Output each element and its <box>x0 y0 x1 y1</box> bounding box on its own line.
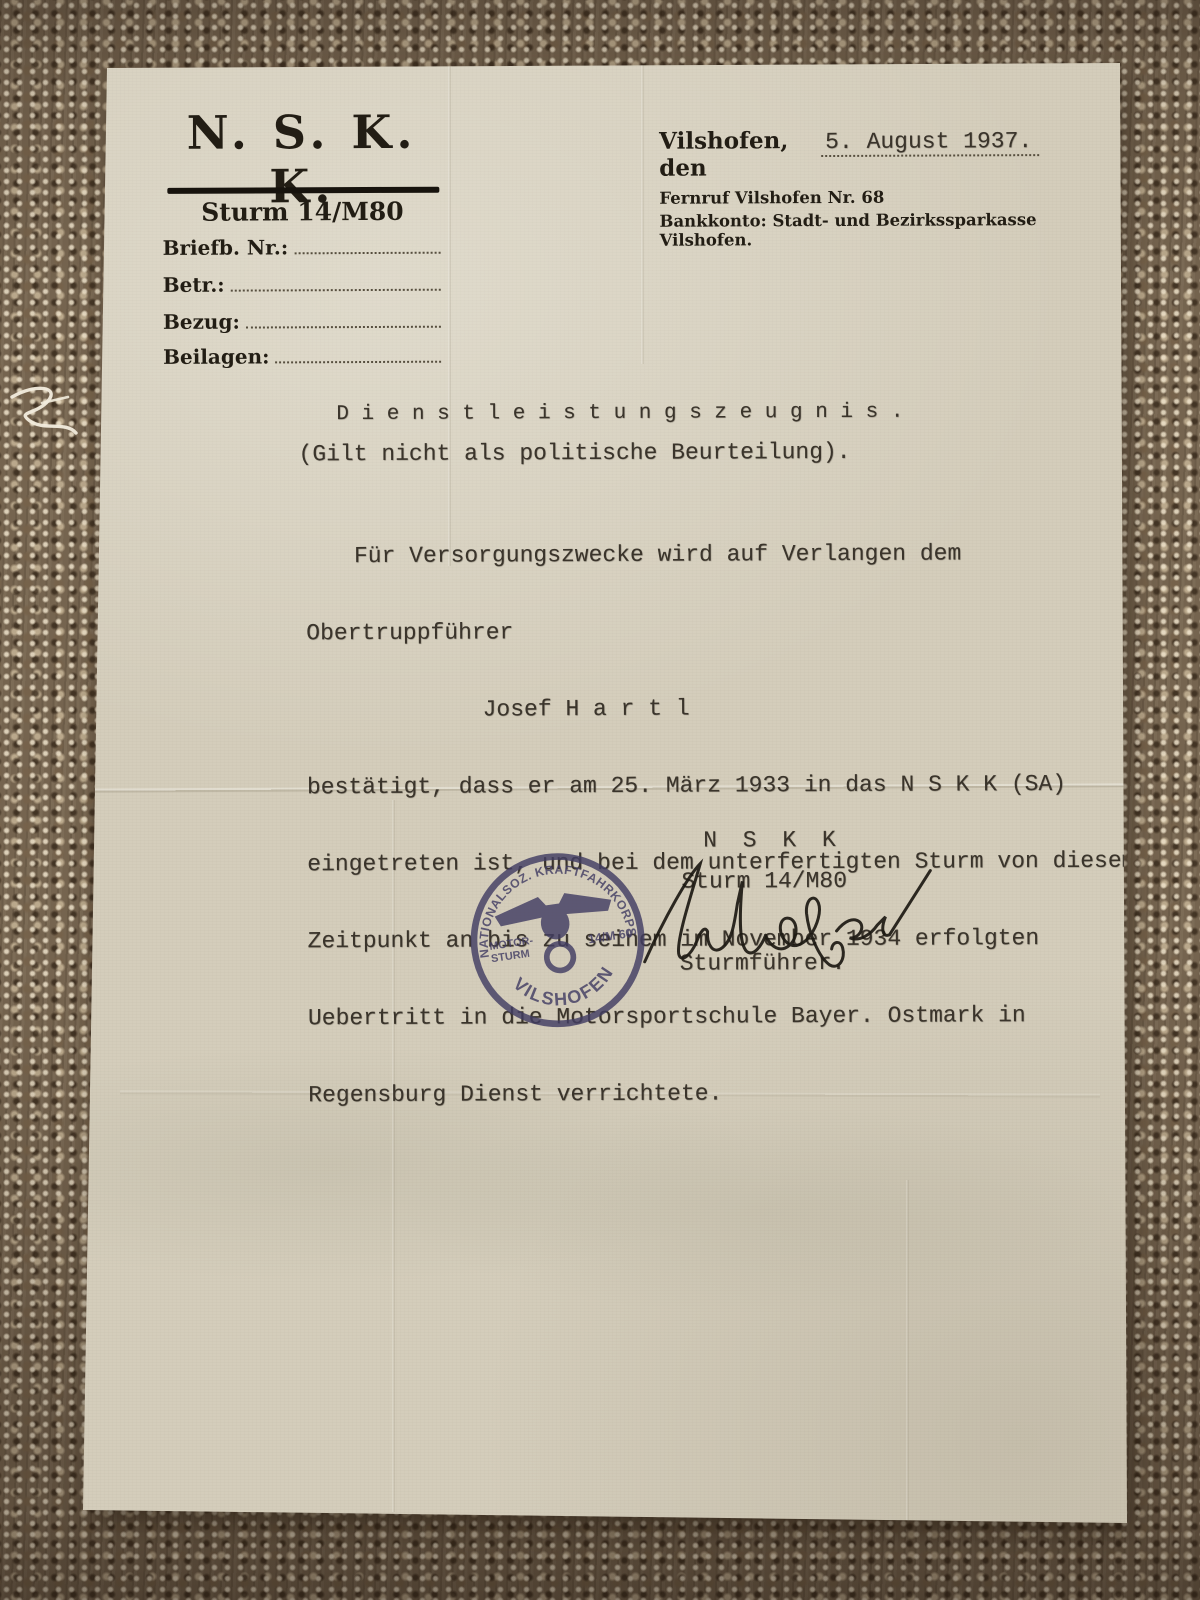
field-row-briefb-nr: Briefb. Nr.: <box>163 234 441 260</box>
body-line: Josef H a r t l <box>307 687 1107 731</box>
closing-org: N S K K <box>703 827 842 854</box>
date-place-label: Vilshofen, den <box>659 127 813 182</box>
field-blank-line <box>246 308 441 328</box>
body-line: Regensburg Dienst verrichtete. <box>308 1072 1108 1116</box>
field-label: Beilagen: <box>163 344 270 368</box>
field-label: Betr.: <box>163 272 225 296</box>
field-blank-line <box>294 234 440 254</box>
body-line: Für Versorgungszwecke wird auf Verlangen… <box>306 533 1106 577</box>
sturmfuehrer-signature <box>632 850 945 973</box>
body-line: bestätigt, dass er am 25. März 1933 in d… <box>307 764 1107 808</box>
document-title: D i e n s t l e i s t u n g s z e u g n … <box>336 401 903 426</box>
field-label: Briefb. Nr.: <box>163 235 289 260</box>
letterhead-unit: Sturm 14/M80 <box>157 197 447 227</box>
document-subtitle: (Gilt nicht als politische Beurteilung). <box>298 439 850 467</box>
letter-paper: N. S. K. K. Sturm 14/M80 Vilshofen, den … <box>0 0 1200 1600</box>
document-body: Für Versorgungszwecke wird auf Verlangen… <box>306 497 1109 1152</box>
field-blank-line <box>231 271 441 292</box>
unit-rubber-stamp: NATIONALSOZ. KRAFTFAHRKORPS VILSHOFEN MO… <box>462 845 653 1036</box>
field-row-bezug: Bezug: <box>163 308 441 334</box>
date-value: 5. August 1937. <box>821 128 1039 157</box>
letterhead-rule <box>167 187 439 194</box>
field-row-beilagen: Beilagen: <box>163 343 441 369</box>
stamp-right-text: 14/M 60 <box>587 926 633 946</box>
phone-line: Fernruf Vilshofen Nr. 68 <box>659 187 1039 208</box>
body-line: Uebertritt in die Motorsportschule Bayer… <box>308 995 1108 1039</box>
field-row-betr: Betr.: <box>163 271 441 297</box>
body-line: Obertruppführer <box>306 610 1106 654</box>
document-photo: N. S. K. K. Sturm 14/M80 Vilshofen, den … <box>0 0 1200 1600</box>
field-blank-line <box>275 343 441 363</box>
bank-line: Bankkonto: Stadt- und Bezirkssparkasse V… <box>659 210 1039 250</box>
header-right-block: Vilshofen, den 5. August 1937. Fernruf V… <box>659 126 1040 250</box>
field-label: Bezug: <box>163 309 240 333</box>
